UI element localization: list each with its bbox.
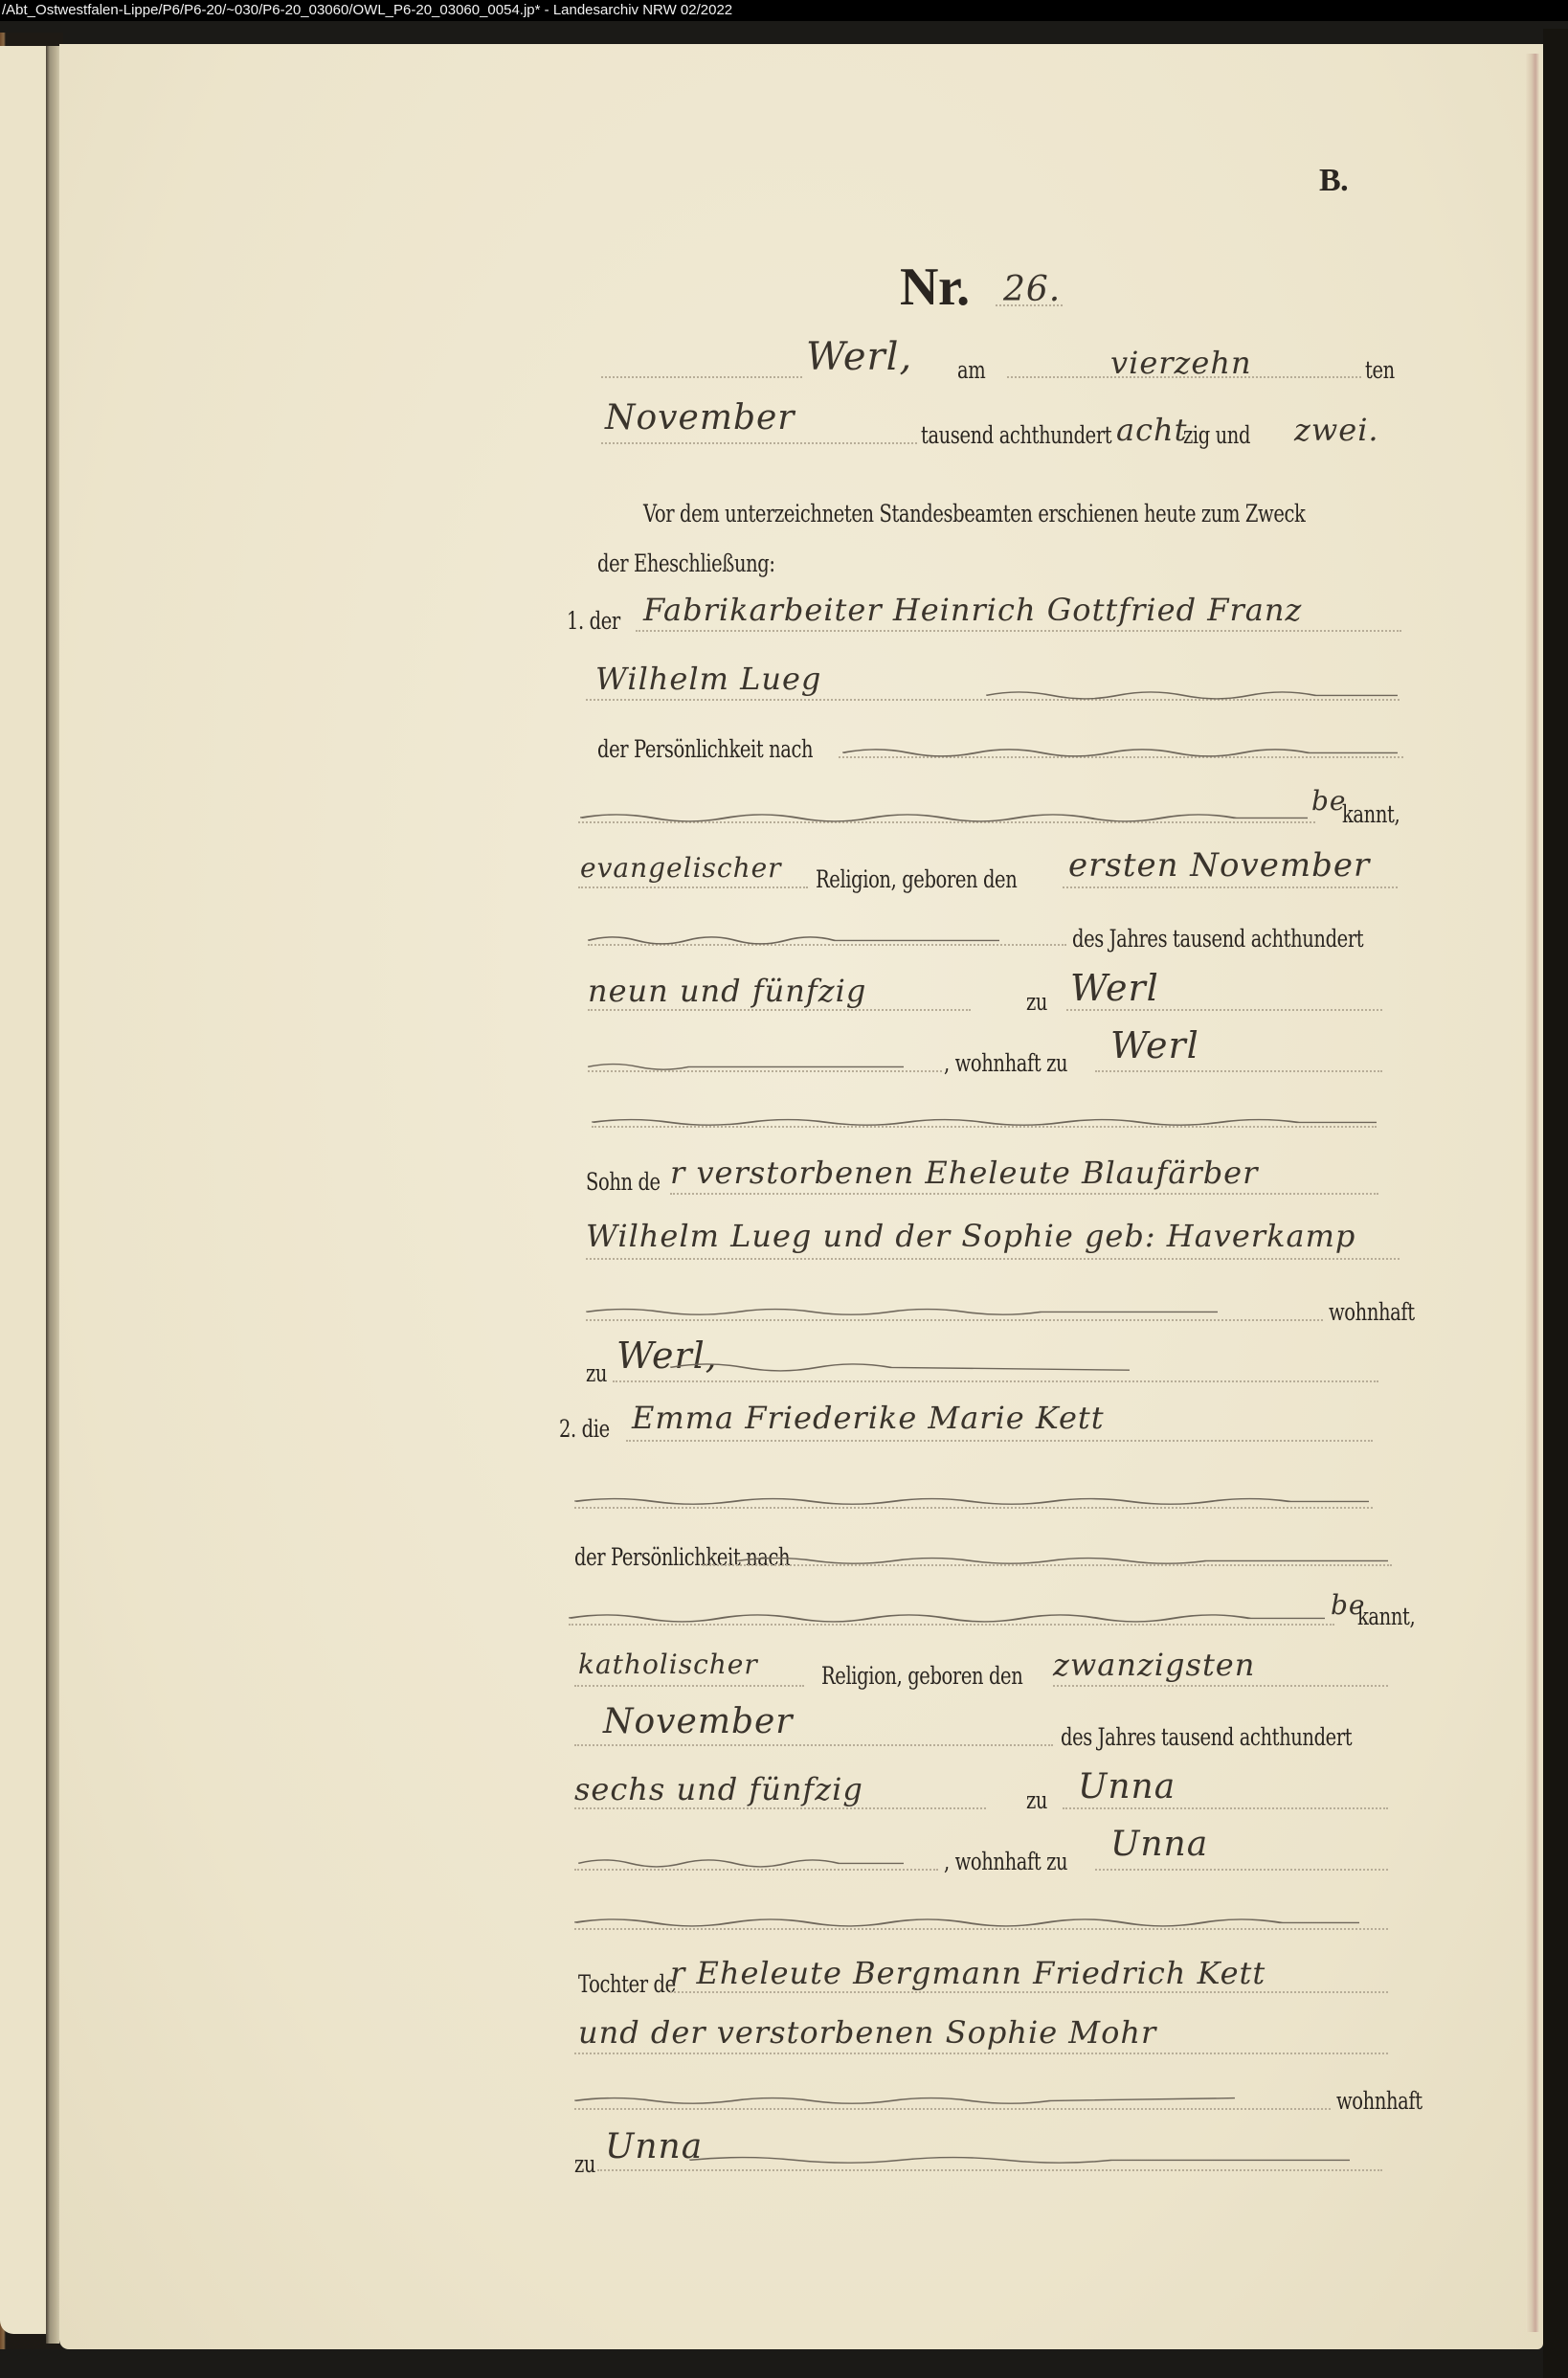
groom-zu-label: zu xyxy=(1026,988,1047,1016)
groom-fill-stroke-1 xyxy=(986,687,1398,701)
section-letter: B. xyxy=(1319,163,1348,199)
bride-birth-place: Unna xyxy=(1078,1767,1176,1806)
year-decade: acht xyxy=(1116,412,1187,448)
bride-fill-stroke-5 xyxy=(574,1915,1359,1928)
bride-birthyear-rule xyxy=(574,1807,986,1809)
groom-fill-stroke-3 xyxy=(580,810,1308,823)
groom-parents-label: Sohn de xyxy=(586,1168,661,1196)
bride-month-rule xyxy=(574,1744,1053,1746)
bride-parents-rule-1 xyxy=(670,1991,1388,1993)
bride-residence: Unna xyxy=(1110,1825,1208,1864)
groom-year-label: des Jahres tausend achthundert xyxy=(1072,925,1363,953)
groom-name-rule-1 xyxy=(636,630,1401,632)
bride-name-line-1: Emma Friederike Marie Kett xyxy=(632,1400,1105,1436)
groom-fill-stroke-8 xyxy=(670,1359,1130,1373)
bride-birth-day: zwanzigsten xyxy=(1053,1647,1255,1683)
bride-fill-stroke-2 xyxy=(737,1553,1388,1566)
bride-residence-label: , wohnhaft zu xyxy=(944,1848,1067,1875)
background-right xyxy=(1543,29,1568,2378)
groom-name-line-2: Wilhelm Lueg xyxy=(595,661,821,697)
groom-birthyear-rule xyxy=(588,1009,971,1011)
bride-blank-rule xyxy=(574,1507,1373,1509)
groom-residence: Werl xyxy=(1110,1024,1199,1066)
bride-birthplace-rule xyxy=(1063,1807,1388,1809)
bride-parents-residence-label: wohnhaft xyxy=(1336,2087,1422,2115)
bride-zu-label: zu xyxy=(1026,1786,1047,1814)
groom-fill-stroke-4 xyxy=(588,932,999,946)
groom-religion: evangelischer xyxy=(580,852,782,884)
bride-parents-place-rule xyxy=(597,2169,1382,2171)
bride-birth-month: November xyxy=(603,1702,794,1741)
record-day: vierzehn xyxy=(1110,345,1252,381)
bride-index: 2. die xyxy=(559,1415,610,1443)
groom-parents-place-rule xyxy=(613,1380,1378,1382)
bride-residence-rule xyxy=(1095,1869,1388,1871)
groom-parents-line-1: r verstorbenen Eheleute Blaufärber xyxy=(670,1155,1258,1191)
bride-parents-residence: Unna xyxy=(605,2127,703,2166)
groom-parents-residence-label: wohnhaft xyxy=(1329,1298,1415,1326)
groom-parents-rule-1 xyxy=(670,1193,1378,1195)
groom-residence-label: , wohnhaft zu xyxy=(944,1049,1067,1077)
groom-known-label: kannt, xyxy=(1342,800,1400,828)
groom-parents-rule-2 xyxy=(586,1258,1400,1260)
groom-name-line-1: Fabrikarbeiter Heinrich Gottfried Franz xyxy=(643,592,1302,628)
groom-fill-stroke-2 xyxy=(842,745,1398,758)
bride-year-label: des Jahres tausend achthundert xyxy=(1061,1723,1352,1751)
groom-religion-label: Religion, geboren den xyxy=(816,865,1017,893)
bride-religion: katholischer xyxy=(578,1649,758,1680)
record-number-value: 26. xyxy=(1003,270,1061,309)
groom-residence-rule xyxy=(1095,1070,1382,1072)
bride-parents-zu-label: zu xyxy=(574,2150,595,2178)
number-rule xyxy=(996,304,1063,306)
groom-fill-stroke-7 xyxy=(586,1304,1218,1317)
bride-birthday-rule xyxy=(1053,1685,1388,1687)
record-page xyxy=(59,44,1543,2349)
bride-fill-stroke-6 xyxy=(574,2093,1235,2106)
bride-known-rule xyxy=(569,1624,1334,1626)
bride-residence-rule-left xyxy=(574,1869,938,1871)
page-foredge xyxy=(1526,54,1539,2332)
record-month: November xyxy=(605,398,795,437)
window-title-bar: /Abt_Ostwestfalen-Lippe/P6/P6-20/~030/P6… xyxy=(0,0,1568,21)
groom-religion-rule xyxy=(578,886,808,888)
year-mid: zig und xyxy=(1183,421,1250,449)
am-label: am xyxy=(957,356,985,384)
left-page xyxy=(0,46,46,2334)
groom-birth-place: Werl xyxy=(1070,967,1159,1009)
groom-birthday-rule xyxy=(1063,886,1398,888)
bride-parents-rule-2 xyxy=(574,2053,1388,2054)
groom-fill-stroke-6 xyxy=(592,1114,1377,1128)
bride-parents-label: Tochter de xyxy=(578,1970,676,1998)
book-gutter xyxy=(46,46,59,2344)
place-rule xyxy=(601,376,802,378)
groom-fill-stroke-5 xyxy=(588,1059,904,1072)
record-number-label: Nr. xyxy=(900,257,970,318)
bride-fill-stroke-3 xyxy=(569,1610,1325,1624)
year-unit: zwei. xyxy=(1294,412,1379,448)
groom-identity-label: der Persönlichkeit nach xyxy=(597,735,813,763)
bride-fill-stroke-1 xyxy=(574,1493,1369,1507)
window-title: /Abt_Ostwestfalen-Lippe/P6/P6-20/~030/P6… xyxy=(2,2,732,18)
year-printed: tausend achthundert xyxy=(921,421,1111,449)
groom-parents-line-2: Wilhelm Lueg und der Sophie geb: Haverka… xyxy=(586,1218,1355,1254)
bride-religion-rule xyxy=(574,1685,804,1687)
groom-birth-day: ersten November xyxy=(1068,846,1370,885)
bride-fill-stroke-7 xyxy=(689,2152,1350,2165)
bride-birth-year: sechs und fünfzig xyxy=(574,1771,863,1807)
groom-index: 1. der xyxy=(567,607,620,635)
bride-religion-label: Religion, geboren den xyxy=(821,1662,1022,1690)
groom-birthplace-rule xyxy=(1066,1009,1382,1011)
bride-blank-rule-2 xyxy=(574,1928,1388,1930)
intro-line-1: Vor dem unterzeichneten Standesbeamten e… xyxy=(643,500,1305,527)
bride-parents-line-2: und der verstorbenen Sophie Mohr xyxy=(578,2014,1156,2051)
bride-parents-line-1: r Eheleute Bergmann Friedrich Kett xyxy=(670,1955,1266,1991)
bride-name-rule xyxy=(626,1440,1373,1442)
groom-parents-zu-label: zu xyxy=(586,1359,607,1387)
month-rule xyxy=(601,442,917,444)
intro-line-2: der Eheschließung: xyxy=(597,550,775,577)
bride-fill-stroke-4 xyxy=(578,1855,904,1869)
groom-parents-res-rule xyxy=(586,1319,1323,1321)
bride-known-label: kannt, xyxy=(1357,1603,1415,1630)
bride-parents-res-rule xyxy=(574,2108,1331,2110)
groom-birth-year: neun und fünfzig xyxy=(588,973,866,1009)
record-place: Werl, xyxy=(806,335,912,379)
day-suffix: ten xyxy=(1365,356,1395,384)
